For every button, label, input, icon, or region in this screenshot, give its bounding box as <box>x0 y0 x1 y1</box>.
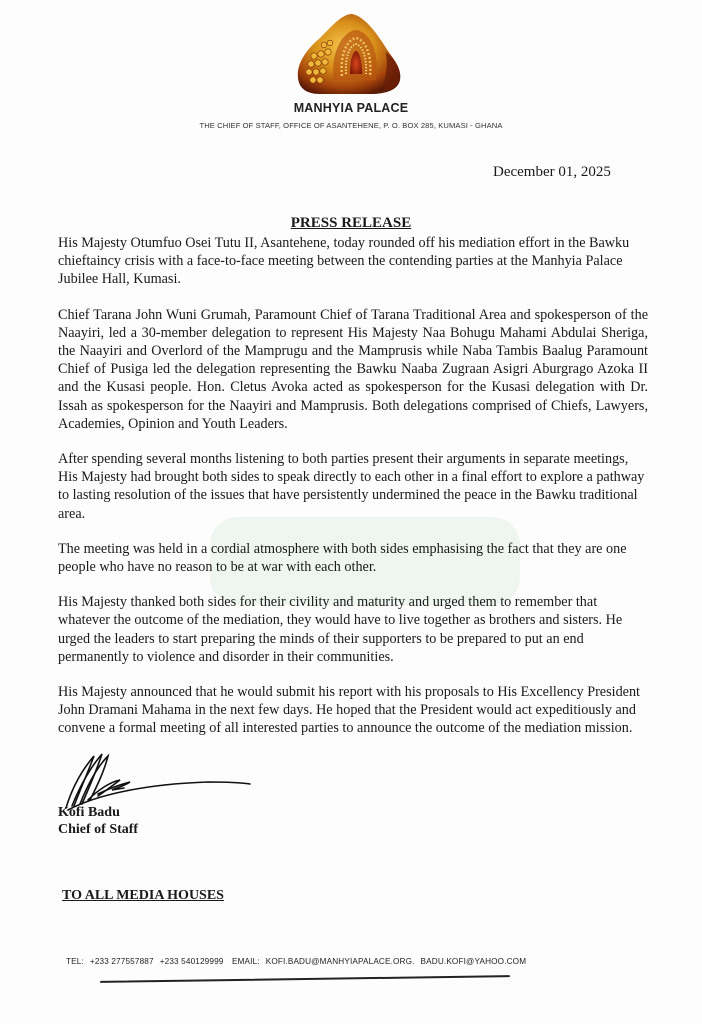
footer-divider <box>100 975 510 983</box>
signatory-name: Kofi Badu <box>58 805 120 821</box>
paragraph-mediation: After spending several months listening … <box>58 450 648 523</box>
paragraph-atmosphere: The meeting was held in a cordial atmosp… <box>58 540 648 576</box>
signatory-title: Chief of Staff <box>58 822 138 838</box>
recipients-line: TO ALL MEDIA HOUSES <box>62 888 224 904</box>
press-release-page: MANHYIA PALACE THE CHIEF OF STAFF, OFFIC… <box>0 0 702 1024</box>
tel-label: TEL: <box>66 957 84 966</box>
release-date: December 01, 2025 <box>493 164 611 181</box>
handwritten-signature-icon <box>58 748 258 813</box>
email-2[interactable]: BADU.KOFI@YAHOO.COM <box>421 957 527 966</box>
organization-name: MANHYIA PALACE <box>0 101 702 115</box>
phone-2[interactable]: +233 540129999 <box>160 957 224 966</box>
paragraph-delegations: Chief Tarana John Wuni Grumah, Paramount… <box>58 306 648 433</box>
organization-address: THE CHIEF OF STAFF, OFFICE OF ASANTEHENE… <box>0 121 702 130</box>
paragraph-appeal: His Majesty thanked both sides for their… <box>58 593 648 666</box>
footer-contact: TEL:+233 277557887+233 540129999 EMAIL:K… <box>66 957 532 966</box>
paragraph-intro: His Majesty Otumfuo Osei Tutu II, Asante… <box>58 234 648 289</box>
phone-1[interactable]: +233 277557887 <box>90 957 154 966</box>
document-title: PRESS RELEASE <box>0 215 702 232</box>
email-label: EMAIL: <box>232 957 260 966</box>
paragraph-next-steps: His Majesty announced that he would subm… <box>58 683 648 738</box>
email-1[interactable]: KOFI.BADU@MANHYIAPALACE.ORG. <box>266 957 415 966</box>
golden-stool-crest-icon <box>290 8 408 98</box>
press-release-body: His Majesty Otumfuo Osei Tutu II, Asante… <box>58 234 648 755</box>
